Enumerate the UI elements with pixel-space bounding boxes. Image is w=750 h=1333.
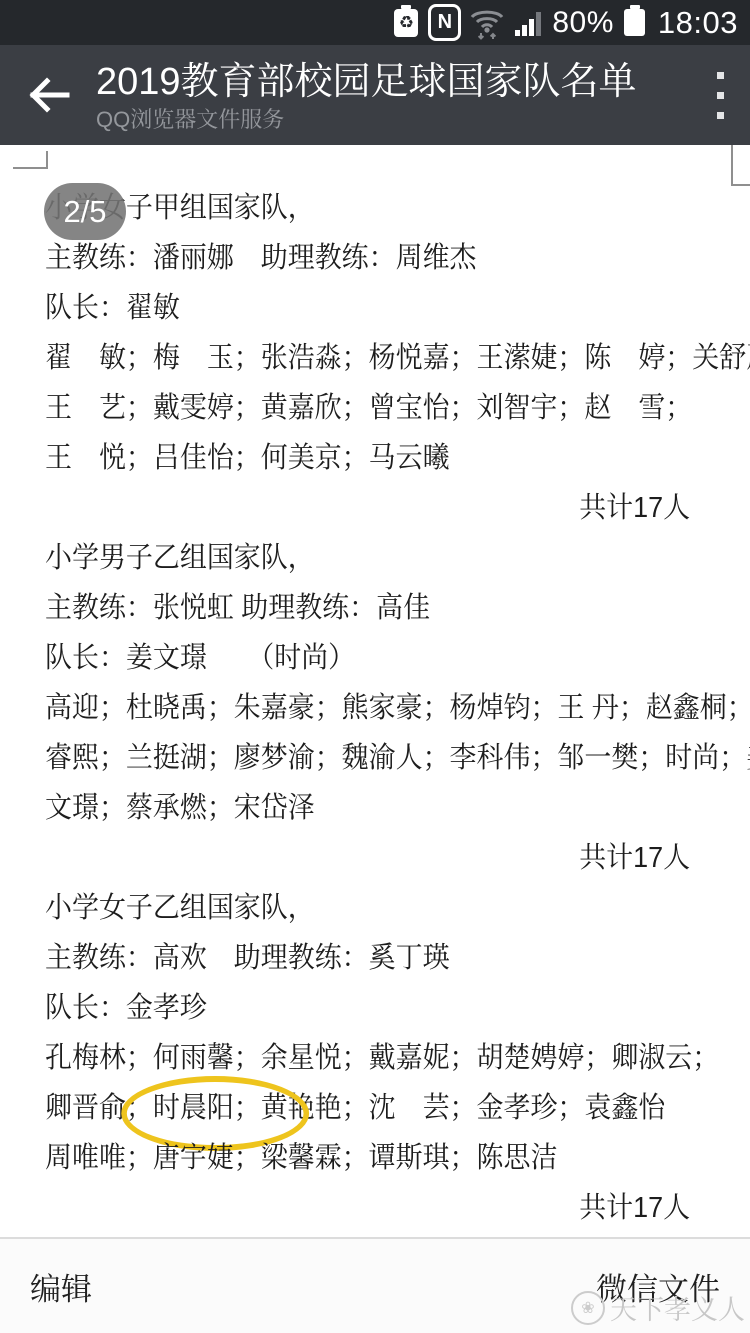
doc-line: 主教练：张悦虹 助理教练：高佳 [45,583,659,633]
doc-line: 小学男子乙组国家队， [45,533,659,583]
doc-line: 主教练：潘丽娜 助理教练：周维杰 [45,233,659,283]
page-title: 2019教育部校园足球国家队名单 [96,60,690,104]
app-header: 2019教育部校园足球国家队名单 QQ浏览器文件服务 [0,45,750,145]
battery-icon [623,5,647,41]
overflow-menu-button[interactable] [690,45,750,145]
clock-text: 18:03 [658,5,738,41]
status-bar: ♻ N 80% 18:03 [0,0,750,45]
signal-strength-icon [513,8,543,38]
back-arrow-icon [25,75,71,115]
watermark-text: 天下孝义人 [610,1288,745,1327]
doc-line: 孔梅林；何雨馨；余星悦；戴嘉妮；胡楚娉婷；卿淑云； [45,1033,659,1083]
doc-line-total: 共计17人 [91,1183,705,1233]
wifi-icon [470,6,504,40]
doc-line-total: 共计17人 [91,483,705,533]
page-corner-mark-left [13,151,48,169]
watermark-logo-icon: ❀ [571,1291,605,1325]
doc-line-total: 共计17人 [91,833,705,883]
bottom-toolbar: 编辑 微信文件 ❀ 天下孝义人 [0,1237,750,1333]
nfc-icon: N [428,4,461,41]
back-button[interactable] [0,45,96,145]
page-number-badge: 2/5 [44,183,126,240]
battery-saver-icon: ♻ [393,5,419,41]
document-viewer[interactable]: 2/5 小学女子甲组国家队， 主教练：潘丽娜 助理教练：周维杰 队长：翟敏 翟 … [0,145,750,1237]
page-subtitle: QQ浏览器文件服务 [96,107,690,133]
nfc-letter: N [438,11,452,34]
doc-line-highlighted: 卿晋俞；时晨阳；黄艳艳；沈 芸；金孝珍；袁鑫怡 [45,1083,659,1133]
doc-line: 翟 敏；梅 玉；张浩淼；杨悦嘉；王潆婕；陈 婷；关舒严； [45,333,659,383]
doc-line: 睿熙；兰挺湖；廖梦渝；魏渝人；李科伟；邹一樊；时尚；姜 [45,733,659,783]
doc-line: 文璟；蔡承燃；宋岱泽 [45,783,659,833]
doc-line: 周唯唯；唐宇婕；梁馨霖；谭斯琪；陈思洁 [45,1133,659,1183]
doc-line: 小学女子甲组国家队， [45,183,659,233]
edit-button[interactable]: 编辑 [30,1264,92,1309]
doc-line: 主教练：高欢 助理教练：奚丁瑛 [45,933,659,983]
doc-line: 队长：金孝珍 [45,983,659,1033]
doc-line: 高迎；杜晓禹；朱嘉豪；熊家豪；杨焯钧；王 丹；赵鑫桐；赵 [45,683,659,733]
doc-line: 王 艺；戴雯婷；黄嘉欣；曾宝怡；刘智宇；赵 雪； [45,383,659,433]
doc-line: 小学女子乙组国家队， [45,883,659,933]
header-titles: 2019教育部校园足球国家队名单 QQ浏览器文件服务 [96,58,690,133]
page-corner-mark-right [731,145,750,186]
phone-screen: ♻ N 80% 18:03 [0,0,750,1333]
doc-line: 队长：姜文璟 （时尚） [45,633,659,683]
watermark: ❀ 天下孝义人 [571,1288,745,1327]
doc-line: 队长：翟敏 [45,283,659,333]
doc-line: 王 悦；吕佳怡；何美京；马云曦 [45,433,659,483]
doc-line-text: 卿晋俞；时晨阳；黄艳艳；沈 芸；金孝珍；袁鑫怡 [45,1092,665,1124]
battery-percent-text: 80% [552,6,614,40]
